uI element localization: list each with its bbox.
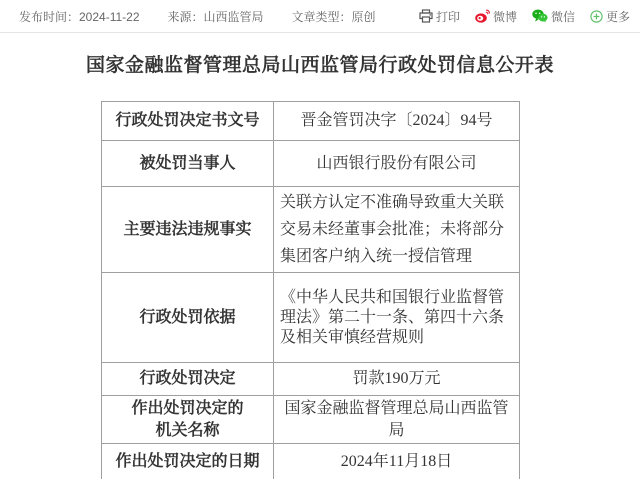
row-label: 作出处罚决定的 机关名称 (102, 396, 274, 443)
row-label: 行政处罚决定 (102, 363, 274, 395)
table-row-decision-number: 行政处罚决定书文号 晋金管罚决字〔2024〕94号 (102, 102, 519, 140)
article-source: 来源：山西监管局 (168, 8, 264, 25)
article-meta-bar: 发布时间：2024-11-22 来源：山西监管局 文章类型：原创 打印 (0, 0, 640, 33)
table-row-deciding-authority: 作出处罚决定的 机关名称 国家金融监督管理总局山西监管局 (102, 395, 519, 443)
more-share-button[interactable]: 更多 (590, 8, 630, 25)
table-row-decision-date: 作出处罚决定的日期 2024年11月18日 (102, 443, 519, 479)
row-label: 行政处罚决定书文号 (102, 102, 274, 140)
wechat-icon (532, 9, 548, 23)
publish-date: 发布时间：2024-11-22 (19, 8, 140, 25)
article-content: 国家金融监督管理总局山西监管局行政处罚信息公开表 行政处罚决定书文号 晋金管罚决… (0, 33, 640, 479)
page-title: 国家金融监督管理总局山西监管局行政处罚信息公开表 (0, 50, 640, 77)
row-value: 晋金管罚决字〔2024〕94号 (274, 102, 519, 140)
penalty-info-table: 行政处罚决定书文号 晋金管罚决字〔2024〕94号 被处罚当事人 山西银行股份有… (101, 101, 520, 479)
table-row-violation-facts: 主要违法违规事实 关联方认定不准确导致重大关联交易未经董事会批准；未将部分集团客… (102, 186, 519, 272)
plus-circle-icon (590, 10, 603, 23)
wechat-label: 微信 (551, 8, 575, 25)
row-label: 作出处罚决定的日期 (102, 444, 274, 479)
table-row-penalty-basis: 行政处罚依据 《中华人民共和国银行业监督管理法》第二十一条、第四十六条及相关审慎… (102, 272, 519, 362)
article-type: 文章类型：原创 (292, 8, 376, 25)
print-label: 打印 (436, 8, 460, 25)
wechat-share-button[interactable]: 微信 (532, 8, 575, 25)
row-value: 山西银行股份有限公司 (274, 141, 519, 186)
table-row-penalized-party: 被处罚当事人 山西银行股份有限公司 (102, 140, 519, 186)
row-value: 关联方认定不准确导致重大关联交易未经董事会批准；未将部分集团客户纳入统一授信管理 (274, 187, 519, 272)
row-value: 罚款190万元 (274, 363, 519, 395)
print-button[interactable]: 打印 (419, 8, 460, 25)
more-label: 更多 (606, 8, 630, 25)
weibo-label: 微博 (493, 8, 517, 25)
row-label: 行政处罚依据 (102, 273, 274, 362)
share-toolbar: 打印 微博 (419, 8, 640, 25)
row-value: 2024年11月18日 (274, 444, 519, 479)
table-row-penalty-decision: 行政处罚决定 罚款190万元 (102, 362, 519, 395)
article-meta: 发布时间：2024-11-22 来源：山西监管局 文章类型：原创 (0, 8, 376, 25)
weibo-icon (475, 9, 490, 23)
row-value: 国家金融监督管理总局山西监管局 (274, 396, 519, 443)
row-label: 主要违法违规事实 (102, 187, 274, 272)
printer-icon (419, 9, 433, 23)
row-label: 被处罚当事人 (102, 141, 274, 186)
row-value: 《中华人民共和国银行业监督管理法》第二十一条、第四十六条及相关审慎经营规则 (274, 273, 519, 362)
weibo-share-button[interactable]: 微博 (475, 8, 517, 25)
